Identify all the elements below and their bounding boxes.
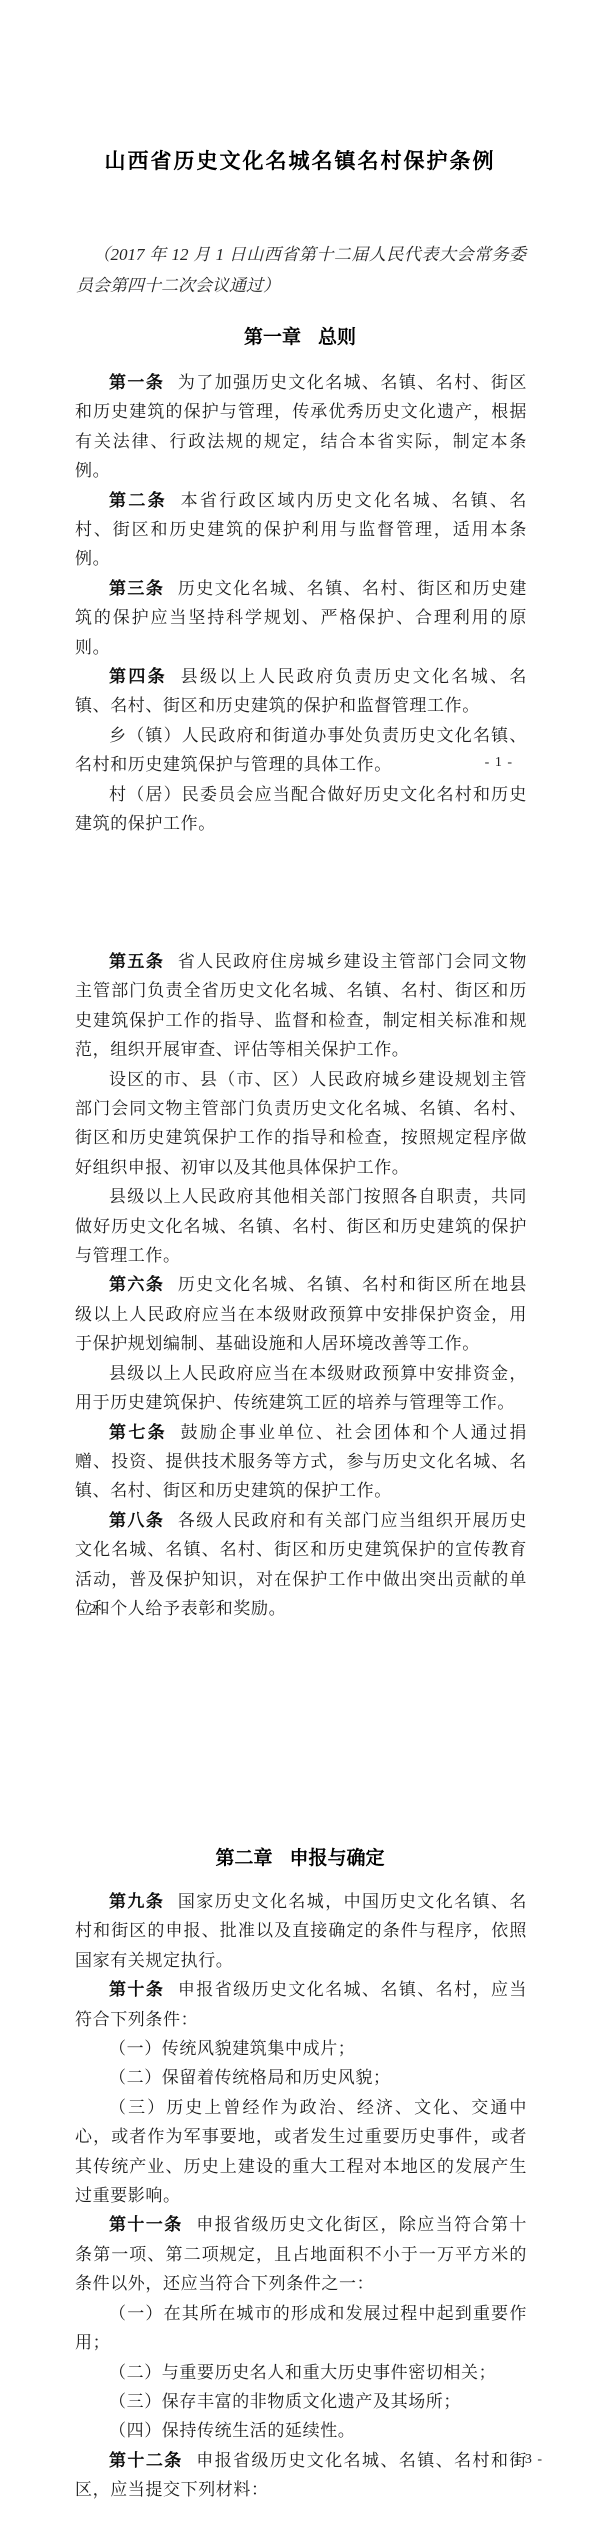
article-text: （三）历史上曾经作为政治、经济、文化、交通中心，或者作为军事要地，或者发生过重要… — [75, 2098, 527, 2205]
list-item: （一）在其所在城市的形成和发展过程中起到重要作用； — [75, 2299, 527, 2358]
article-paragraph: 第九条国家历史文化名城，中国历史文化名镇、名村和街区的申报、批准以及直接确定的条… — [75, 1887, 527, 1975]
chapter-2-title: 申报与确定 — [290, 1848, 385, 1869]
chapter-2-heading: 第二章申报与确定 — [0, 1841, 600, 1877]
list-item: （二）保留着传统格局和历史风貌； — [75, 2063, 527, 2092]
article-text: （一）传统风貌建筑集中成片； — [109, 2039, 355, 2058]
article-paragraph: 第十二条申报省级历史文化名城、名镇、名村和街区，应当提交下列材料： — [75, 2446, 527, 2505]
article-paragraph: 第十条申报省级历史文化名城、名镇、名村，应当符合下列条件： — [75, 1975, 527, 2034]
page-3-body: 第九条国家历史文化名城，中国历史文化名镇、名村和街区的申报、批准以及直接确定的条… — [75, 1887, 527, 2505]
article-text: （二）保留着传统格局和历史风貌； — [109, 2068, 391, 2087]
document-scan: { "doc": { "title": "山西省历史文化名城名镇名村保护条例",… — [0, 0, 600, 2544]
article-text: （四）保持传统生活的延续性。 — [109, 2421, 355, 2440]
page-number: - 3 - — [515, 2449, 543, 2471]
list-item: （二）与重要历史名人和重大历史事件密切相关； — [75, 2358, 527, 2387]
article-label: 第十一条 — [109, 2215, 183, 2234]
article-label: 第十条 — [109, 1980, 164, 1999]
list-item: （三）保存丰富的非物质文化遗产及其场所； — [75, 2387, 527, 2416]
article-label: 第十二条 — [109, 2451, 183, 2470]
article-paragraph: 第十一条申报省级历史文化街区，除应当符合第十条第一项、第二项规定，且占地面积不小… — [75, 2210, 527, 2298]
article-text: （二）与重要历史名人和重大历史事件密切相关； — [109, 2363, 496, 2382]
article-text: （一）在其所在城市的形成和发展过程中起到重要作用； — [75, 2304, 527, 2352]
list-item: （三）历史上曾经作为政治、经济、文化、交通中心，或者作为军事要地，或者发生过重要… — [75, 2093, 527, 2211]
article-text: （三）保存丰富的非物质文化遗产及其场所； — [109, 2392, 461, 2411]
list-item: （四）保持传统生活的延续性。 — [75, 2416, 527, 2445]
list-item: （一）传统风貌建筑集中成片； — [75, 2034, 527, 2063]
page-3: 第二章申报与确定 第九条国家历史文化名城，中国历史文化名镇、名村和街区的申报、批… — [0, 0, 600, 2544]
chapter-2-label: 第二章 — [215, 1848, 272, 1869]
article-label: 第九条 — [109, 1892, 164, 1911]
